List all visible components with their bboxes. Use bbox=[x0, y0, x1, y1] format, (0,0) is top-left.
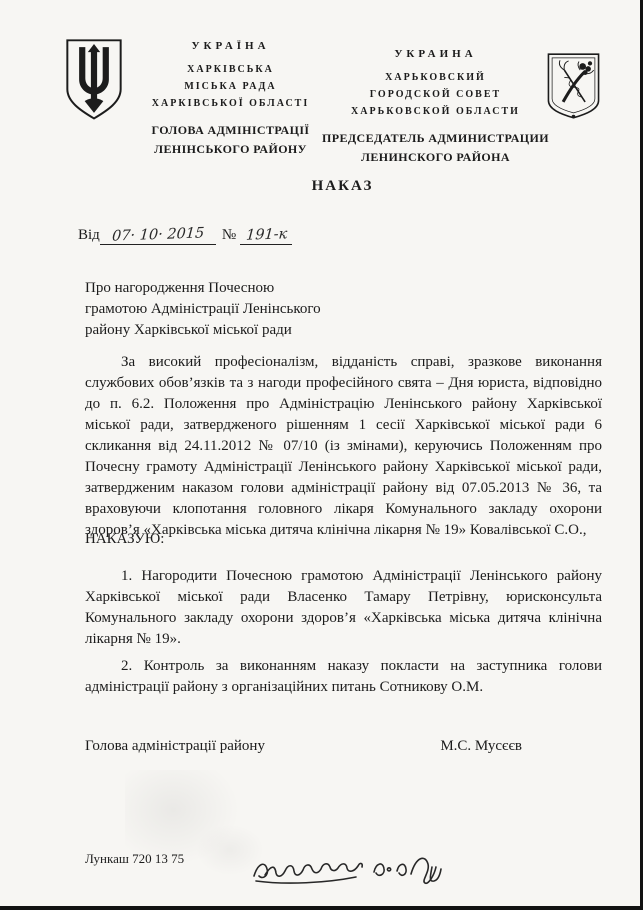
document-title: НАКАЗ bbox=[85, 178, 600, 195]
signer-name: М.С. Мусєєв bbox=[440, 738, 522, 755]
date-from-label: Від bbox=[78, 227, 100, 243]
order-preamble: За високий професіоналізм, відданість сп… bbox=[85, 352, 602, 541]
order-item-1: 1. Нагородити Почесною грамотою Адмініст… bbox=[85, 566, 602, 650]
signer-position: Голова адміністрації району bbox=[85, 738, 265, 755]
number-fill-line: 191-к bbox=[240, 227, 292, 245]
signature-row: Голова адміністрації району М.С. Мусєєв bbox=[85, 738, 522, 755]
executor-contact: Лункаш 720 13 75 bbox=[85, 851, 184, 867]
order-item-2: 2. Контроль за виконанням наказу покласт… bbox=[85, 656, 602, 698]
date-fill-line: 07· 10· 2015 bbox=[100, 227, 216, 245]
order-word: НАКАЗУЮ: bbox=[85, 531, 164, 548]
ukraine-trident-emblem-icon bbox=[63, 38, 125, 122]
org-line: ГОРОДСКОЙ СОВЕТ bbox=[318, 86, 553, 103]
office-line: ЛЕНИНСКОГО РАЙОНА bbox=[318, 148, 553, 167]
org-line: ХАРКІВСЬКА bbox=[133, 61, 328, 78]
office-line: ГОЛОВА АДМІНІСТРАЦІЇ bbox=[133, 121, 328, 140]
date-number-line: Від07· 10· 2015№191-к bbox=[78, 227, 292, 245]
order-subject: Про нагородження Почесною грамотою Адмін… bbox=[85, 278, 321, 341]
handwritten-signature bbox=[248, 845, 443, 893]
kharkiv-city-emblem-icon bbox=[546, 50, 601, 122]
country-name-uk: УКРАЇНА bbox=[133, 40, 328, 52]
org-line: ХАРЬКОВСКОЙ ОБЛАСТИ bbox=[318, 103, 553, 120]
handwritten-date: 07· 10· 2015 bbox=[111, 225, 204, 244]
country-name-ru: УКРАИНА bbox=[318, 48, 553, 60]
org-line: ХАРКІВСЬКОЇ ОБЛАСТІ bbox=[133, 95, 328, 112]
handwritten-number: 191-к bbox=[245, 226, 287, 243]
header-ukrainian: УКРАЇНА ХАРКІВСЬКА МІСЬКА РАДА ХАРКІВСЬК… bbox=[133, 40, 328, 159]
office-line: ЛЕНІНСЬКОГО РАЙОНУ bbox=[133, 140, 328, 159]
header-russian: УКРАИНА ХАРЬКОВСКИЙ ГОРОДСКОЙ СОВЕТ ХАРЬ… bbox=[318, 48, 553, 167]
org-line: ХАРЬКОВСКИЙ bbox=[318, 69, 553, 86]
number-sign-label: № bbox=[222, 227, 236, 243]
org-line: МІСЬКА РАДА bbox=[133, 78, 328, 95]
scanned-order-document: УКРАЇНА ХАРКІВСЬКА МІСЬКА РАДА ХАРКІВСЬК… bbox=[0, 0, 643, 910]
office-line: ПРЕДСЕДАТЕЛЬ АДМИНИСТРАЦИИ bbox=[318, 129, 553, 148]
